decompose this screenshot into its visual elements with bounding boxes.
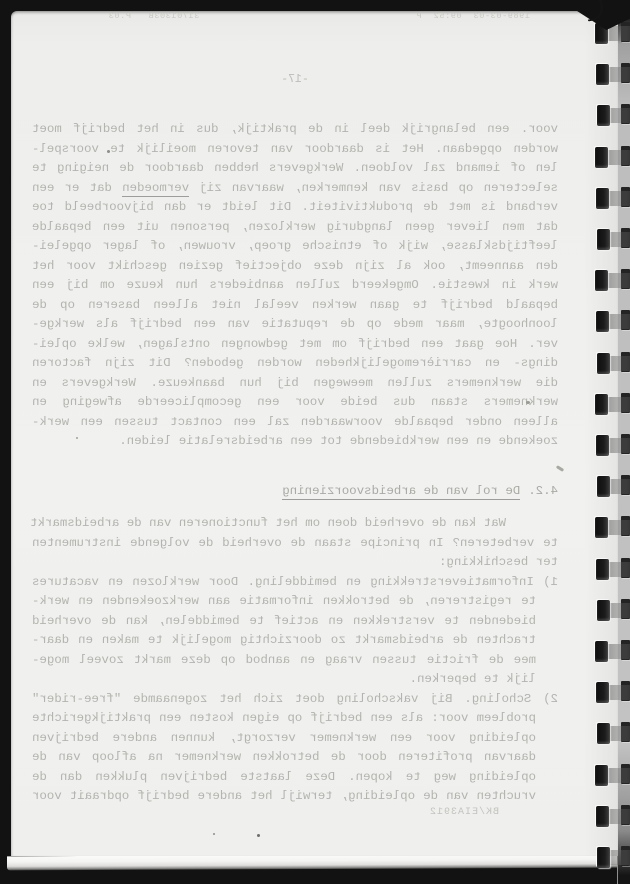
comb-tooth-shadow [608, 644, 630, 659]
punch-hole [595, 147, 608, 168]
text-line: te verbeteren? In principe staan de over… [32, 534, 558, 554]
bleedthrough-ink-layer: 1989-03-03 09:52 P 31701303B P.03 -17- v… [11, 11, 618, 856]
comb-tooth-shadow [608, 809, 630, 824]
underlined-word: vermoeden [122, 181, 189, 197]
text-line: lijk te beperken. [32, 670, 558, 690]
text-line: len of iemand zal voldoen. Werkgevers he… [32, 159, 558, 179]
punch-hole [596, 188, 609, 209]
dust-speck [107, 150, 110, 153]
punch-hole [596, 435, 609, 456]
punch-hole [597, 476, 610, 497]
comb-tooth-shadow [608, 726, 630, 741]
text-line: opleiding voor een werknemer verzorgt, k… [32, 729, 558, 749]
punch-hole [597, 723, 610, 744]
comb-tooth-shadow [608, 438, 630, 453]
text-line: alleen onder bepaalde voorwaarden zal ee… [32, 413, 558, 433]
text-line: biedenden te verstrekken en actief te be… [32, 612, 558, 632]
punch-hole [595, 270, 608, 291]
text-line: bepaald bedrijf te gaan werken veelal ni… [32, 296, 558, 316]
comb-tooth-shadow [608, 191, 630, 206]
comb-tooth-shadow [608, 850, 630, 865]
comb-tooth-shadow [608, 232, 630, 247]
scanned-page: 1989-03-03 09:52 P 31701303B P.03 -17- v… [11, 11, 618, 856]
comb-tooth-shadow [608, 520, 630, 535]
text-line: werk in kwestie. Omgekeerd zullen aanbie… [32, 276, 558, 296]
comb-tooth-shadow [608, 356, 630, 371]
punch-hole [596, 311, 609, 332]
text-line: leeftijdsklasse, wijk of etnische groep,… [32, 237, 558, 257]
section-heading: 4.2.De rol van de arbeidsvoorziening [32, 482, 558, 502]
text-line: 1) Informatieverstrekking en bemiddeling… [32, 573, 558, 593]
list-item: 2) Scholing. Bij vakscholing doet zich h… [32, 690, 558, 807]
punch-hole [596, 559, 609, 580]
comb-tooth-shadow [608, 397, 630, 412]
comb-tooth-shadow [608, 26, 630, 41]
text-line: worden opgedaan. Het is daardoor van tev… [32, 140, 558, 160]
dust-speck [257, 834, 260, 837]
punch-hole [595, 394, 608, 415]
dust-speck [76, 437, 78, 439]
list-item: 1) Informatieverstrekking en bemiddeling… [32, 573, 558, 690]
text-line: Wat kan de overheid doen om het function… [32, 514, 558, 534]
comb-tooth-shadow [608, 562, 630, 577]
punch-hole [595, 641, 608, 662]
text-line: die werknemers zullen meewegen bij hun b… [32, 374, 558, 394]
dust-speck [213, 833, 215, 835]
text-line: trachten de arbeidsmarkt zo doorzichtig … [32, 631, 558, 651]
text-block: voor. een belangrijk deel in de praktijk… [32, 120, 558, 807]
text-line: dat men liever geen langdurig werklozen,… [32, 218, 558, 238]
text-line: 2) Scholing. Bij vakscholing doet zich h… [32, 690, 558, 710]
text-line: den aanneemt, ook al zijn deze objectief… [32, 257, 558, 277]
text-line: probleem voor: als een bedrijf op eigen … [32, 709, 558, 729]
comb-tooth-shadow [608, 768, 630, 783]
comb-tooth-shadow [608, 314, 630, 329]
paragraph: Wat kan de overheid doen om het function… [32, 514, 558, 573]
punch-hole [597, 600, 610, 621]
text-line: vruchten van de opleiding, terwijl het a… [32, 787, 558, 807]
punch-hole [596, 64, 609, 85]
fax-header-bleed: 1989-03-03 09:52 P 31701303B P.03 [108, 11, 530, 21]
text-line: loonhoogte, maar mede op de reputatie va… [32, 315, 558, 335]
comb-tooth-shadow [608, 479, 630, 494]
punch-hole [595, 765, 608, 786]
punch-hole [596, 682, 609, 703]
document-code-bleed: BK/EIA3912 [429, 807, 499, 818]
comb-tooth-shadow [608, 603, 630, 618]
page-number: -17- [32, 73, 558, 86]
scan-background: 1989-03-03 09:52 P 31701303B P.03 -17- v… [0, 0, 630, 884]
comb-tooth-shadow [608, 273, 630, 288]
text-line: selecteren op basis van kenmerken, waarv… [32, 179, 558, 199]
comb-tooth-shadow [608, 685, 630, 700]
text-line: daarvan profiteren door de betrokken wer… [32, 748, 558, 768]
page-stack-edge [7, 854, 619, 871]
text-line: te registreren, de betrokken informatie … [32, 592, 558, 612]
text-line: zoekende en een werkbiedende tot een arb… [32, 432, 558, 452]
text-line: verband is met de produktiviteit. Dit le… [32, 198, 558, 218]
comb-tooth-shadow [608, 150, 630, 165]
comb-tooth-shadow [608, 67, 630, 82]
punch-hole [596, 806, 609, 827]
text-line: mee de frictie tussen vraag en aanbod op… [32, 651, 558, 671]
punch-hole [597, 847, 610, 868]
text-line: dings- en carrièremogelijkheden worden g… [32, 354, 558, 374]
dust-speck [526, 401, 530, 404]
text-line: werknemers staan dus beide voor een geco… [32, 393, 558, 413]
text-line: ver. Hoe gaat een bedrijf om met gedwong… [32, 335, 558, 355]
punch-hole [597, 105, 610, 126]
punch-hole [597, 229, 610, 250]
punch-hole [597, 353, 610, 374]
punch-hole [595, 517, 608, 538]
paragraph: voor. een belangrijk deel in de praktijk… [32, 120, 558, 452]
section-title: De rol van de arbeidsvoorziening [282, 484, 520, 500]
text-line: voor. een belangrijk deel in de praktijk… [32, 120, 558, 140]
text-line: ter beschikking: [32, 553, 558, 573]
section-number: 4.2. [528, 484, 558, 498]
comb-tooth-shadow [608, 108, 630, 123]
text-line: opleiding weg te kopen. Deze laatste bed… [32, 768, 558, 788]
